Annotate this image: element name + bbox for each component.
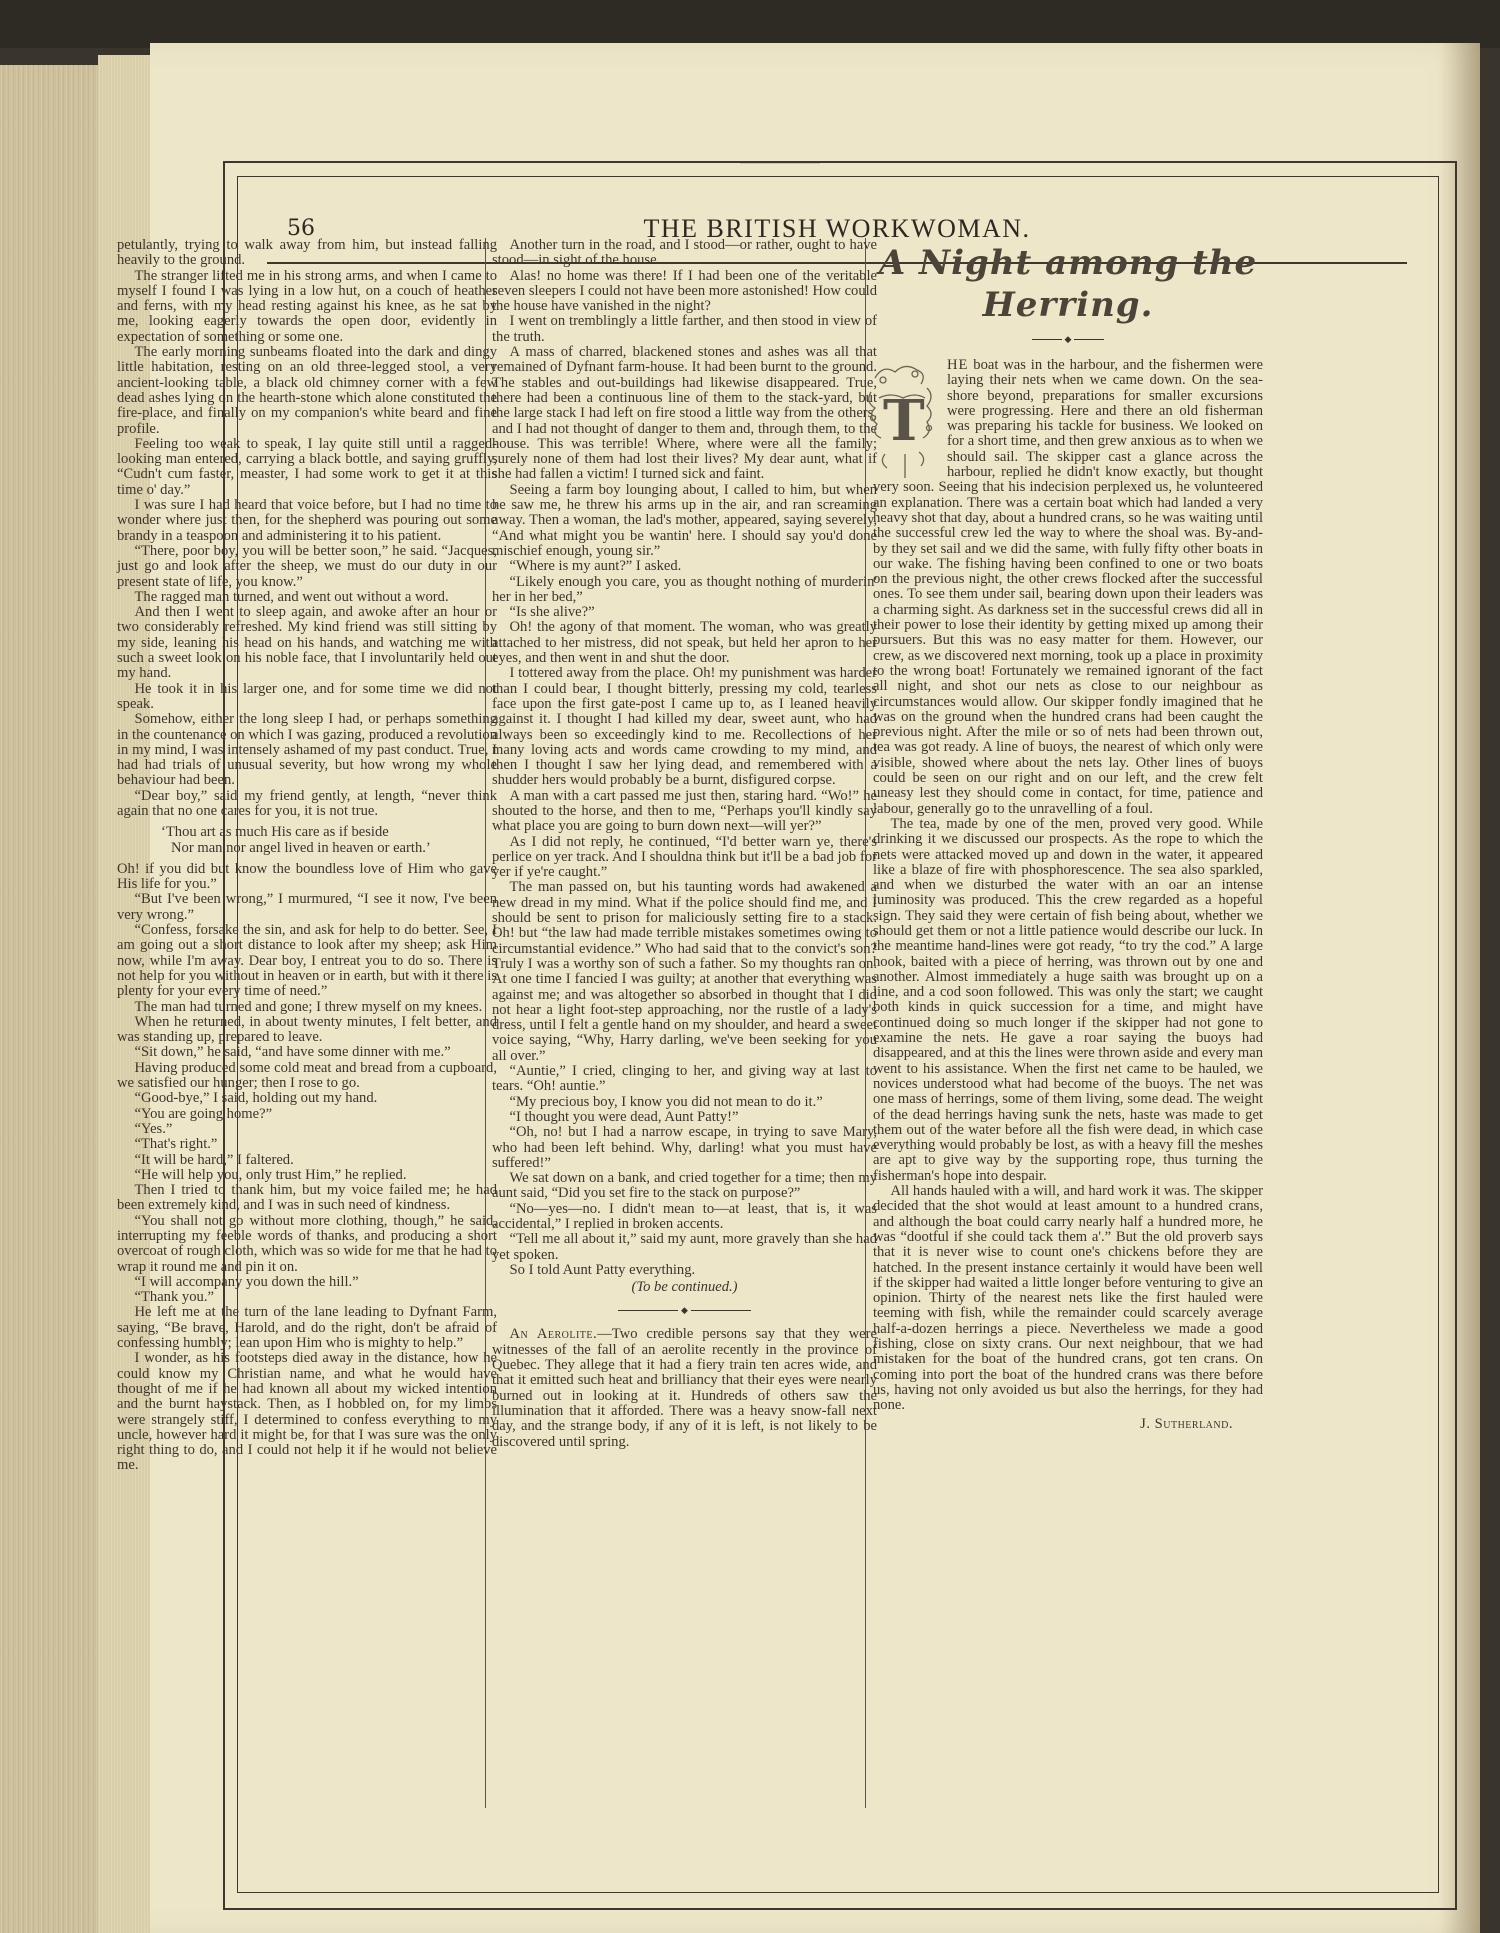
article-title-line: Herring. bbox=[873, 284, 1263, 326]
paragraph: “There, poor boy, you will be better soo… bbox=[117, 544, 497, 590]
paragraph: “I will accompany you down the hill.” bbox=[117, 1275, 497, 1290]
paragraph: I went on tremblingly a little farther, … bbox=[492, 314, 877, 345]
paragraph: Somehow, either the long sleep I had, or… bbox=[117, 712, 497, 788]
paragraph: We sat down on a bank, and cried togethe… bbox=[492, 1171, 877, 1202]
diamond-ornament-icon: ◆ bbox=[681, 1305, 688, 1315]
paragraph: I was sure I had heard that voice before… bbox=[117, 498, 497, 544]
aerolite-heading: An Aerolite. bbox=[510, 1326, 598, 1342]
paragraph: He left me at the turn of the lane leadi… bbox=[117, 1305, 497, 1351]
paragraph: He took it in his larger one, and for so… bbox=[117, 682, 497, 713]
paragraph: The man passed on, but his taunting word… bbox=[492, 880, 877, 1064]
paragraph: I wonder, as his footsteps died away in … bbox=[117, 1351, 497, 1473]
aerolite-text: —Two credible persons say that they were… bbox=[492, 1326, 877, 1449]
paragraph: “Likely enough you care, you as thought … bbox=[492, 575, 877, 606]
verse-line: ‘Thou art as much His care as if beside bbox=[161, 825, 497, 840]
paragraph: And then I went to sleep again, and awok… bbox=[117, 605, 497, 681]
paragraph: “Oh, no! but I had a narrow escape, in t… bbox=[492, 1125, 877, 1171]
paragraph: Having produced some cold meat and bread… bbox=[117, 1061, 497, 1092]
column-story-continued: petulantly, trying to walk away from him… bbox=[117, 238, 497, 1474]
paragraph: Then I tried to thank him, but my voice … bbox=[117, 1183, 497, 1214]
article-body: T HE boat was in the harbour, and the fi… bbox=[873, 358, 1263, 817]
paragraph: A man with a cart passed me just then, s… bbox=[492, 789, 877, 835]
paragraph: I tottered away from the place. Oh! my p… bbox=[492, 666, 877, 788]
paragraph: “He will help you, only trust Him,” he r… bbox=[117, 1168, 497, 1183]
paragraph: So I told Aunt Patty everything. bbox=[492, 1263, 877, 1278]
paragraph: “Yes.” bbox=[117, 1122, 497, 1137]
paragraph: “Is she alive?” bbox=[492, 605, 877, 620]
paragraph: “That's right.” bbox=[117, 1137, 497, 1152]
paragraph: petulantly, trying to walk away from him… bbox=[117, 238, 497, 269]
paragraph: The stranger lifted me in his strong arm… bbox=[117, 269, 497, 345]
to-be-continued: (To be continued.) bbox=[492, 1280, 877, 1295]
ornamental-divider: ◆ bbox=[873, 334, 1263, 344]
decorative-dropcap: T bbox=[865, 358, 939, 480]
paragraph: When he returned, in about twenty minute… bbox=[117, 1015, 497, 1046]
paragraph: “You are going home?” bbox=[117, 1107, 497, 1122]
paragraph: “Auntie,” I cried, clinging to her, and … bbox=[492, 1064, 877, 1095]
paragraph: Oh! if you did but know the boundless lo… bbox=[117, 862, 497, 893]
paragraph: Seeing a farm boy lounging about, I call… bbox=[492, 483, 877, 559]
ornamental-divider: ◆ bbox=[492, 1305, 877, 1315]
paragraph: The man had turned and gone; I threw mys… bbox=[117, 1000, 497, 1015]
paragraph: “Dear boy,” said my friend gently, at le… bbox=[117, 789, 497, 820]
article-title: A Night among the Herring. bbox=[873, 242, 1263, 326]
paragraph: Another turn in the road, and I stood—or… bbox=[492, 238, 877, 269]
paragraph: Oh! the agony of that moment. The woman,… bbox=[492, 620, 877, 666]
paragraph: “Sit down,” he said, “and have some dinn… bbox=[117, 1045, 497, 1060]
diamond-ornament-icon: ◆ bbox=[1065, 334, 1072, 344]
dropcap-letter: T bbox=[883, 392, 923, 450]
paragraph: “I thought you were dead, Aunt Patty!” bbox=[492, 1110, 877, 1125]
column-herring-article: A Night among the Herring. ◆ T HE boat w… bbox=[873, 238, 1263, 1433]
paragraph: The ragged man turned, and went out with… bbox=[117, 590, 497, 605]
paragraph: “You shall not go without more clothing,… bbox=[117, 1214, 497, 1275]
paragraph: All hands hauled with a will, and hard w… bbox=[873, 1184, 1263, 1413]
paragraph: Alas! no home was there! If I had been o… bbox=[492, 269, 877, 315]
column-story-conclusion: Another turn in the road, and I stood—or… bbox=[492, 238, 877, 1450]
paragraph: “It will be hard,” I faltered. bbox=[117, 1153, 497, 1168]
paragraph: “Thank you.” bbox=[117, 1290, 497, 1305]
paragraph: “Good-bye,” I said, holding out my hand. bbox=[117, 1091, 497, 1106]
paragraph: “Tell me all about it,” said my aunt, mo… bbox=[492, 1232, 877, 1263]
paragraph: “But I've been wrong,” I murmured, “I se… bbox=[117, 892, 497, 923]
paragraph: As I did not reply, he continued, “I'd b… bbox=[492, 835, 877, 881]
first-word-caps: HE bbox=[947, 357, 968, 373]
paragraph: “No—yes—no. I didn't mean to—at least, t… bbox=[492, 1202, 877, 1233]
verse-line: Nor man nor angel lived in heaven or ear… bbox=[161, 841, 497, 856]
paragraph: “Confess, forsake the sin, and ask for h… bbox=[117, 923, 497, 999]
scan-background bbox=[0, 0, 1500, 48]
paragraph: The early morning sunbeams floated into … bbox=[117, 345, 497, 437]
paragraph: “My precious boy, I know you did not mea… bbox=[492, 1095, 877, 1110]
aerolite-paragraph: An Aerolite.—Two credible persons say th… bbox=[492, 1327, 877, 1449]
paragraph: The tea, made by one of the men, proved … bbox=[873, 817, 1263, 1184]
paragraph: Feeling too weak to speak, I lay quite s… bbox=[117, 437, 497, 498]
paragraph: A mass of charred, blackened stones and … bbox=[492, 345, 877, 483]
article-title-line: A Night among the bbox=[873, 242, 1263, 284]
author-signature: J. Sutherland. bbox=[873, 1417, 1263, 1432]
paragraph: “Where is my aunt?” I asked. bbox=[492, 559, 877, 574]
verse-quote: ‘Thou art as much His care as if beside … bbox=[117, 825, 497, 856]
